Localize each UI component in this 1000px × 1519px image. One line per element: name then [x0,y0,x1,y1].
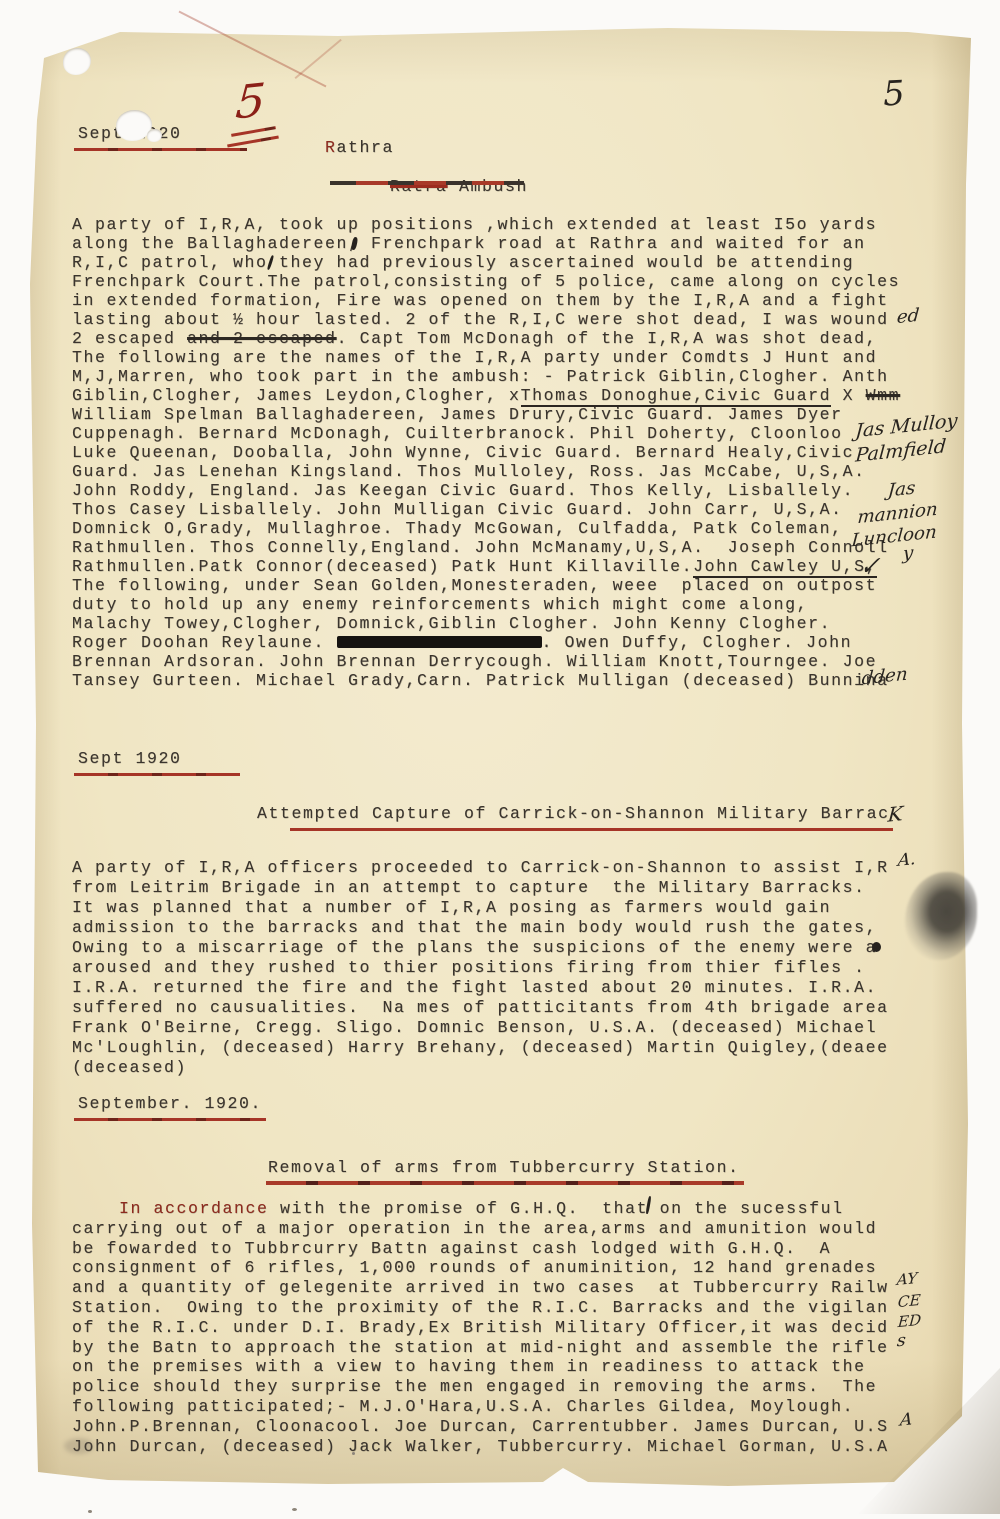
section1-date-underline [74,148,247,151]
text-line: by the Batn to approach the station at m… [72,1338,889,1358]
dust-speck2 [292,1508,297,1511]
text-line: John Roddy, England. Jas Keegan Civic Gu… [72,481,900,500]
text-line: Rathmullen. Thos Connelly,England. John … [72,538,900,557]
text-line: Guard. Jas Lenehan Kingsland. Thos Mullo… [72,462,900,481]
section1-title-red-letter: R [325,138,337,157]
section1-title-line1: Rathra [325,138,394,157]
text-line: be fowarded to Tubbrcurry Battn against … [72,1239,889,1259]
text-line: A party of I,R,A, took up positions ,whi… [72,215,900,234]
struck-word-ratra: Ratra [390,177,448,196]
text-line: Owing to a miscarriage of the plans the … [72,938,889,958]
section1-title-line2: Ratra Ambush [344,158,528,215]
text-line-opening: In accordance with the promise of G.H.Q.… [72,1199,889,1219]
struck-text: and 2 escaped [187,329,337,348]
text-line: William Spelman Ballaghadereen, James Dr… [72,405,900,424]
section1-title-underline [330,181,524,185]
text-line: admission to the barracks and that the m… [72,918,889,938]
text-line: of the R.I.C. under D.I. Brady,Ex Britis… [72,1318,889,1338]
text-line: following patticipated;- M.J.O'Hara,U.S.… [72,1397,889,1417]
dust-speck3 [352,1452,355,1455]
text-line: A party of I,R,A officers proceeded to C… [72,858,889,878]
text-line: in extended formation, Fire was opened o… [72,291,900,310]
section2-title: Attempted Capture of Carrick-on-Shannon … [257,804,890,823]
text-line: Thos Casey Lisballely. John Mulligan Civ… [72,500,900,519]
text-line: aroused and they rushed to thier positio… [72,958,889,978]
text-line: Malachy Towey,Clogher, Domnick,Giblin Cl… [72,614,900,633]
text-line: John Durcan, (deceased) Jack Walker, Tub… [72,1437,889,1457]
section2-title-underline [290,828,893,831]
red-ink-phrase: In accordance [119,1199,269,1218]
text-line: suffered no causualities. Na mes of patt… [72,998,889,1018]
handwritten-suffix-ce: CE [897,1291,921,1311]
text-line: (deceased) [72,1058,889,1078]
text-line: Luke Queenan, Dooballa, John Wynne, Civi… [72,443,900,462]
text-line: Frank O'Beirne, Cregg. Sligo. Domnic Ben… [72,1018,889,1038]
scanned-document: 5 5 Sept 1920 Rathra Ratra Ambush A part… [0,0,1000,1519]
text-line-corrected: 2 escaped and 2 escaped. Capt Tom McDona… [72,329,900,348]
title-ambush-word: Ambush [448,177,529,196]
text-line-annotated: Rathmullen.Patk Connor(deceased) Patk Hu… [72,557,900,576]
text-line: and a quantity of gelegenite arrived in … [72,1278,889,1298]
text-line: Station. Owing to the proximity of the R… [72,1298,889,1318]
text-line: M,J,Marren, who took part in the ambush:… [72,367,900,386]
text-line-annotated: Giblin,Clogher, James Leydon,Clogher, xT… [72,386,900,405]
section2-date: Sept 1920 [78,749,182,768]
dust-speck [88,1510,92,1513]
text-line: It was planned that a number of I,R,A po… [72,898,889,918]
paragraph-carrick-barracks: A party of I,R,A officers proceeded to C… [72,858,889,1078]
text-line: Domnick O,Grady, Mullaghroe. Thady McGow… [72,519,900,538]
struck-text: Wmm [866,386,901,405]
text-line: carrying out of a major operation in the… [72,1219,889,1239]
text-line: lasting about ½ hour lasted. 2 of the R,… [72,310,900,329]
ink-underlined-name: John Cawley U,S, [693,557,877,578]
handwritten-page-number-red: 5 [234,73,267,130]
text-line: The following are the names of the I,R,A… [72,348,900,367]
text-line: Frenchpark Court.The patrol,consisting o… [72,272,900,291]
text-line: R,I,C patrol, who they had previously as… [72,253,900,272]
section3-date-underline [74,1118,266,1121]
ink-underlined-name: Thomas Donoghue,Civic Guard [521,386,832,407]
section1-title-rest: athra [337,138,395,157]
text-line-redacted: Roger Doohan Reylaune. . Owen Duffy, Clo… [72,633,900,652]
text-line: police should they surprise the men enga… [72,1377,889,1397]
handwritten-suffix-s: s [896,1331,906,1352]
text-line: Brennan Ardsoran. John Brennan Derrycoug… [72,652,900,671]
handwritten-letter-y: y [902,543,914,565]
paragraph-rathra-ambush: A party of I,R,A, took up positions ,whi… [72,215,900,690]
text-line: Tansey Gurteen. Michael Grady,Carn. Patr… [72,671,900,690]
handwritten-suffix-ed2: ED [897,1311,922,1331]
text-line: consignment of 6 rifles, 1,000 rounds of… [72,1258,889,1278]
smudge-stain [64,1438,94,1454]
text-line: Cuppenagh. Bernard McDonagh, Cuilterbran… [72,424,900,443]
text-line: Mc'Loughlin, (deceased) Harry Brehany, (… [72,1038,889,1058]
handwritten-suffix-ay: AY [896,1269,918,1289]
section2-date-underline [74,773,240,776]
ink-blot-small [872,942,881,952]
handwritten-check-mark: ✓ [859,551,881,581]
section3-title: Removal of arms from Tubbercurry Station… [268,1158,740,1177]
paragraph-tubbercurry-arms: In accordance with the promise of G.H.Q.… [72,1199,889,1456]
handwritten-note-jas: Jas [887,478,916,502]
redaction-bar [337,636,542,649]
text-line: John.P.Brennan, Cloonacool. Joe Durcan, … [72,1417,889,1437]
section3-title-underline [266,1181,744,1185]
text-line: along the Ballaghadereen, Frenchpark roa… [72,234,900,253]
text-line: from Leitrim Brigade in an attempt to ca… [72,878,889,898]
handwritten-letter-k: K [887,801,904,826]
handwritten-page-number-black: 5 [882,73,906,114]
handwritten-suffix-a2: A [899,1409,913,1430]
text-line: on the premises with a view to having th… [72,1357,889,1377]
text-line: I.R.A. returned the fire and the fight l… [72,978,889,998]
section3-date: September. 1920. [78,1094,262,1113]
text-line: The following, under Sean Golden,Moneste… [72,576,900,595]
handwritten-suffix-ed: ed [896,305,920,328]
text-line: duty to hold up any enemy reinforcements… [72,595,900,614]
handwritten-suffix-a: A. [897,849,916,871]
